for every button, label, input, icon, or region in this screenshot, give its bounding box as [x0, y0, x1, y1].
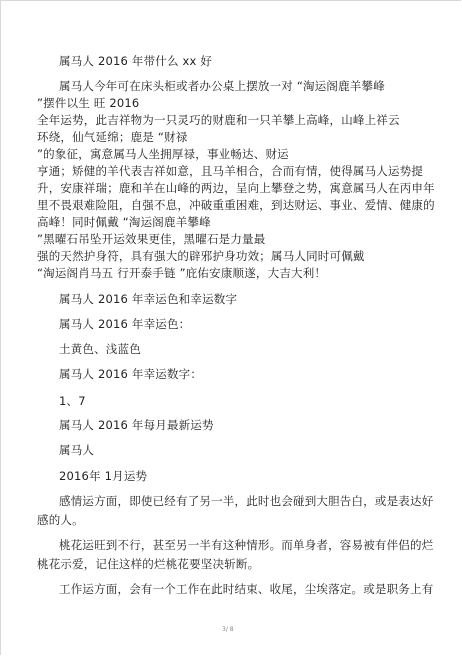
- text-line: 1、7: [59, 394, 86, 408]
- text-line: 升，安康祥瑞；鹿和羊在山峰的两边，呈向上攀登之势，寓意属马人在丙申年: [37, 181, 435, 195]
- text-line: “淘运阁肖马五 行开泰手链 ”庇佑安康顺遂，大吉大利！: [37, 266, 326, 280]
- text-line: 属马人: [59, 443, 94, 457]
- text-line: 感的人。: [37, 513, 84, 527]
- text-line: 感情运方面，即使已经有了另一半，此时也会碰到大胆告白，或是表达好: [59, 494, 433, 508]
- text-line: ”摆件以生 旺 2016: [37, 96, 139, 110]
- text-line: 强的天然护身符，具有强大的辟邪护身功效；属马人同时可佩戴: [37, 249, 365, 263]
- text-line: 2016年 1月运势: [59, 469, 147, 483]
- text-line: ”的象征，寓意属马人坐拥厚禄，事业畅达、财运: [37, 147, 289, 161]
- text-line: 桃花示爱，记住这样的烂桃花要坚决斩断。: [37, 557, 259, 571]
- text-line: 属马人今年可在床头柜或者办公桌上摆放一对 “淘运阁鹿羊攀峰: [59, 79, 385, 93]
- text-line: 属马人 2016 年每月最新运势: [59, 418, 214, 432]
- text-line: 属马人 2016 年幸运数字：: [59, 367, 202, 381]
- text-line: 环绕，仙气延绵；鹿是 “财禄: [37, 130, 187, 144]
- text-line: ”黑曜石吊坠开运效果更佳，黑曜石是力量最: [37, 232, 265, 246]
- text-line: 里不畏艰难险阻，自强不息，冲破重重困难，到达财运、事业、爱情、健康的: [37, 198, 435, 212]
- page-number: 3/ 8: [222, 626, 234, 633]
- text-line: 属马人 2016 年幸运色：: [59, 317, 190, 331]
- text-line: 工作运方面，会有一个工作在此时结束、收尾，尘埃落定。或是职务上有: [59, 582, 433, 596]
- text-line: 高峰！同时佩戴 “淘运阁鹿羊攀峰: [37, 215, 211, 229]
- text-line: 属马人 2016 年幸运色和幸运数字: [59, 292, 237, 306]
- text-line: 土黄色、浅蓝色: [59, 342, 141, 356]
- text-line: 属马人 2016 年带什么 xx 好: [59, 54, 212, 68]
- text-line: 桃花运旺到不行，甚至另一半有这种情形。而单身者，容易被有伴侣的烂: [59, 538, 433, 552]
- document-page: 属马人 2016 年带什么 xx 好属马人今年可在床头柜或者办公桌上摆放一对 “…: [0, 0, 461, 655]
- text-line: 亨通；矫健的羊代表吉祥如意，且马羊相合，合而有情，使得属马人运势提: [37, 164, 423, 178]
- text-line: 全年运势，此吉祥物为一只灵巧的财鹿和一只羊攀上高峰，山峰上祥云: [37, 113, 400, 127]
